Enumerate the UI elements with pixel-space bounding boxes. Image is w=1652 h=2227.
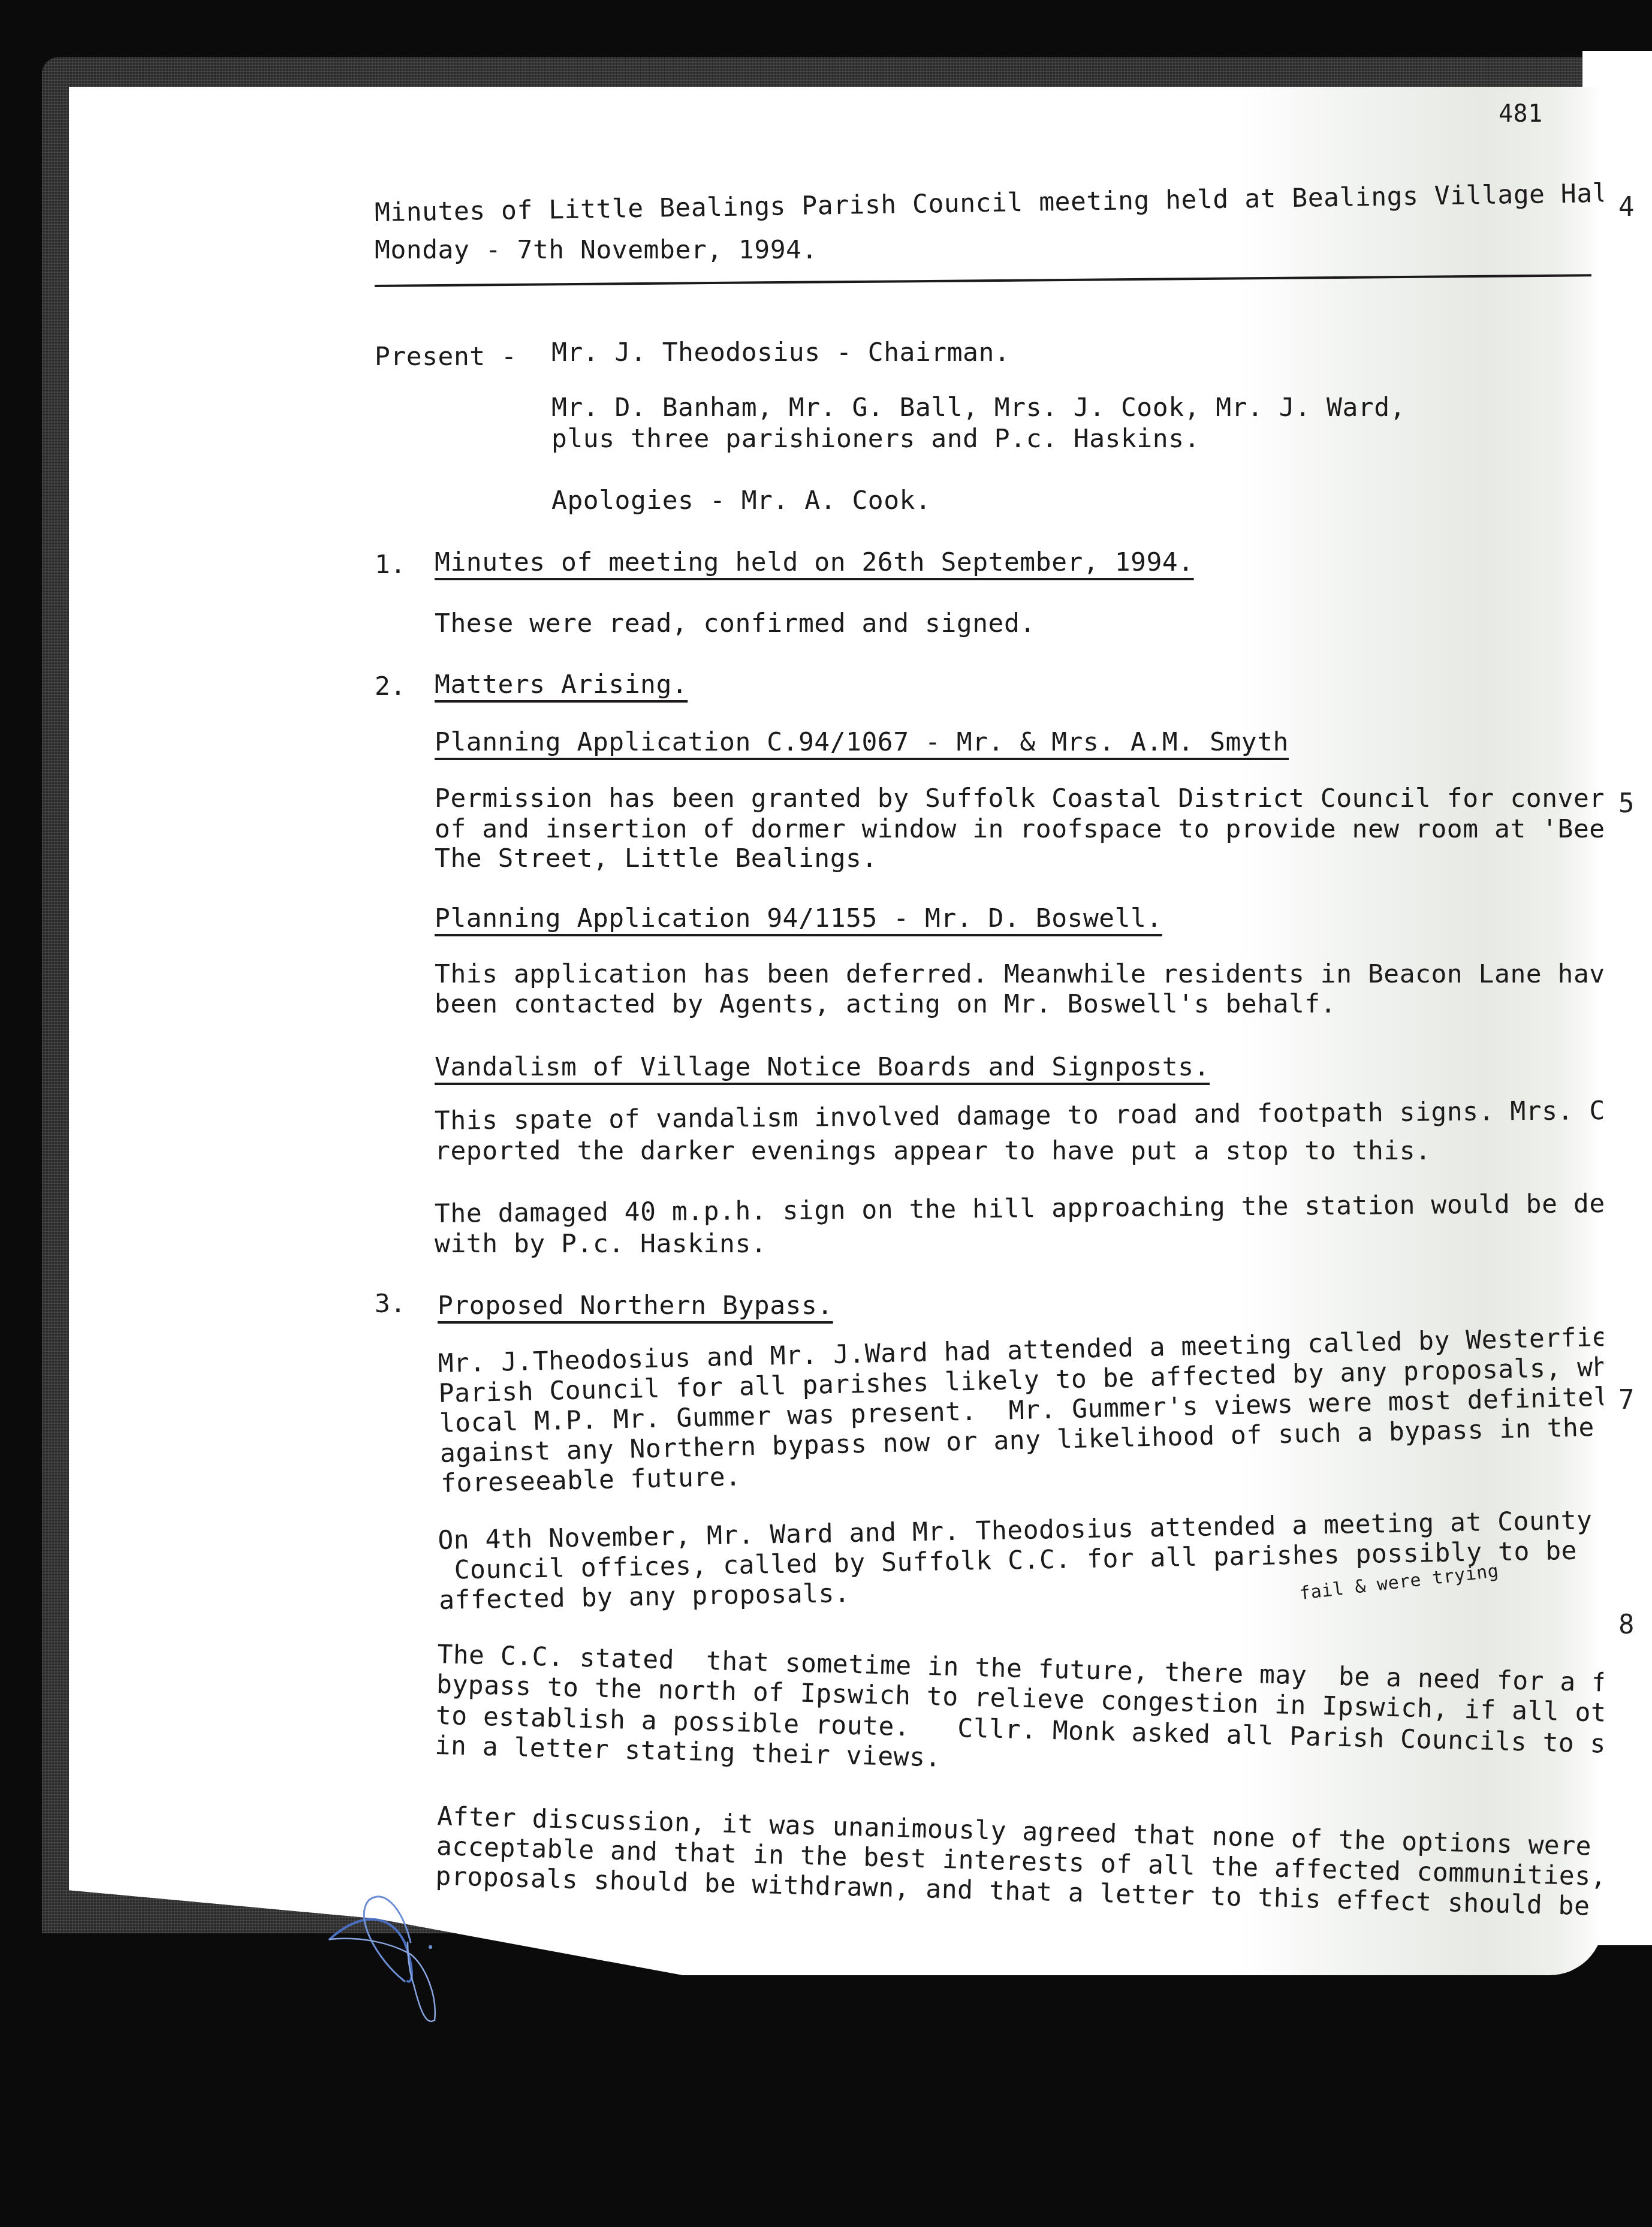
document-content: 481 Minutes of Little Bealings Parish Co… bbox=[69, 87, 1603, 1975]
subsection-body-line: reported the darker evenings appear to h… bbox=[435, 1136, 1431, 1166]
item-number: 1. bbox=[375, 550, 406, 580]
members-line-1: Mr. D. Banham, Mr. G. Ball, Mrs. J. Cook… bbox=[551, 393, 1406, 423]
paragraph: After discussion, it was unanimously agr… bbox=[435, 1801, 1652, 1924]
document-title-line-2: Monday - 7th November, 1994. bbox=[375, 235, 818, 265]
document-title-line-1: Minutes of Little Bealings Parish Counci… bbox=[375, 177, 1652, 228]
subsection-body-line: been contacted by Agents, acting on Mr. … bbox=[435, 989, 1336, 1019]
item-number: 2. bbox=[375, 671, 406, 701]
page-number: 481 bbox=[1499, 99, 1543, 129]
item-heading: Minutes of meeting held on 26th Septembe… bbox=[435, 547, 1194, 577]
item-heading: Proposed Northern Bypass. bbox=[438, 1291, 833, 1321]
adjacent-page-fragment: 8 bbox=[1618, 1610, 1635, 1640]
subsection-heading: Vandalism of Village Notice Boards and S… bbox=[435, 1052, 1210, 1082]
item-body: These were read, confirmed and signed. bbox=[435, 608, 1036, 638]
adjacent-page-fragment: 7 bbox=[1618, 1385, 1635, 1415]
present-label: Present - bbox=[375, 342, 517, 372]
apologies-line: Apologies - Mr. A. Cook. bbox=[551, 486, 931, 516]
members-line-2: plus three parishioners and P.c. Haskins… bbox=[551, 424, 1200, 454]
item-number: 3. bbox=[375, 1289, 406, 1319]
subsection-body-line: Permission has been granted by Suffolk C… bbox=[435, 783, 1652, 813]
subsection-body-line: of and insertion of dormer window in roo… bbox=[435, 814, 1652, 844]
signature-mark bbox=[324, 1876, 456, 2032]
paragraph: The C.C. stated that sometime in the fut… bbox=[435, 1640, 1652, 1794]
chairman-line: Mr. J. Theodosius - Chairman. bbox=[551, 337, 1010, 367]
subsection-heading: Planning Application C.94/1067 - Mr. & M… bbox=[435, 727, 1289, 757]
adjacent-page-fragment: 5 bbox=[1618, 788, 1635, 819]
subsection-heading: Planning Application 94/1155 - Mr. D. Bo… bbox=[435, 903, 1162, 933]
adjacent-page-fragment: 4 bbox=[1618, 192, 1635, 222]
subsection-body-line: This spate of vandalism involved damage … bbox=[435, 1095, 1652, 1136]
subsection-body-line: with by P.c. Haskins. bbox=[435, 1229, 767, 1259]
subsection-body-line: This application has been deferred. Mean… bbox=[435, 959, 1621, 989]
paragraph: On 4th November, Mr. Ward and Mr. Theodo… bbox=[438, 1505, 1594, 1616]
item-heading: Matters Arising. bbox=[435, 670, 688, 700]
paragraph: Mr. J.Theodosius and Mr. J.Ward had atte… bbox=[438, 1320, 1652, 1499]
subsection-body-line: The damaged 40 m.p.h. sign on the hill a… bbox=[435, 1188, 1652, 1229]
title-rule bbox=[375, 274, 1591, 287]
document-page: 481 Minutes of Little Bealings Parish Co… bbox=[69, 87, 1603, 1975]
subsection-body-line: The Street, Little Bealings. bbox=[435, 843, 878, 873]
